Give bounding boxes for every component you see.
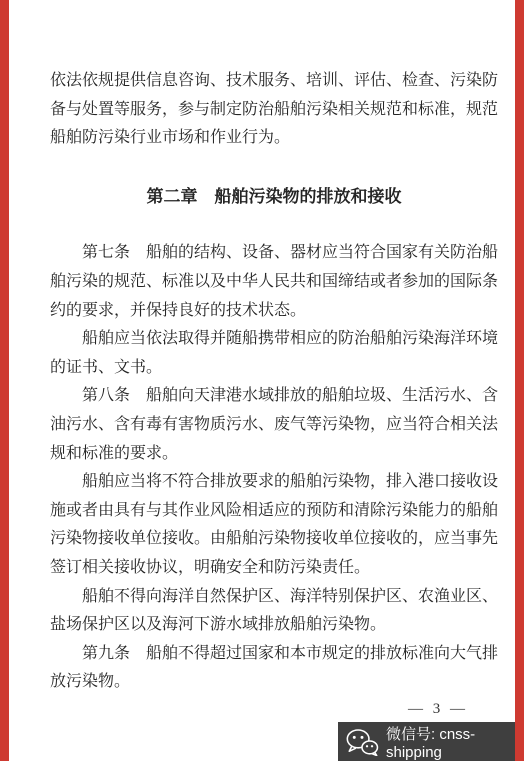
document-page: 依法依规提供信息咨询、技术服务、培训、评估、检查、污染防备与处置等服务，参与制定… — [0, 0, 524, 761]
wechat-icon — [345, 728, 379, 756]
paragraph: 第八条 船舶向天津港水域排放的船舶垃圾、生活污水、含油污水、含有毒有害物质污水、… — [50, 382, 498, 468]
watermark-badge: 微信号: cnss-shipping — [338, 722, 524, 761]
watermark-label: 微信号: cnss-shipping — [386, 723, 524, 761]
chapter-heading: 第二章 船舶污染物的排放和接收 — [50, 183, 498, 212]
paragraph: 船舶应当依法取得并随船携带相应的防治船舶污染海洋环境的证书、文书。 — [50, 325, 498, 382]
paragraph: 船舶应当将不符合排放要求的船舶污染物，排入港口接收设施或者由具有与其作业风险相适… — [50, 468, 498, 582]
document-body: 依法依规提供信息咨询、技术服务、培训、评估、检查、污染防备与处置等服务，参与制定… — [50, 67, 498, 697]
page-number: — 3 — — [408, 701, 468, 718]
paragraph: 第九条 船舶不得超过国家和本市规定的排放标准向大气排放污染物。 — [50, 640, 498, 697]
paragraph: 船舶不得向海洋自然保护区、海洋特别保护区、农渔业区、盐场保护区以及海河下游水域排… — [50, 583, 498, 640]
paragraph: 依法依规提供信息咨询、技术服务、培训、评估、检查、污染防备与处置等服务，参与制定… — [50, 67, 498, 153]
paragraph: 第七条 船舶的结构、设备、器材应当符合国家有关防治船舶污染的规范、标准以及中华人… — [50, 239, 498, 325]
red-border-left — [0, 0, 9, 761]
red-border-right — [515, 0, 524, 761]
